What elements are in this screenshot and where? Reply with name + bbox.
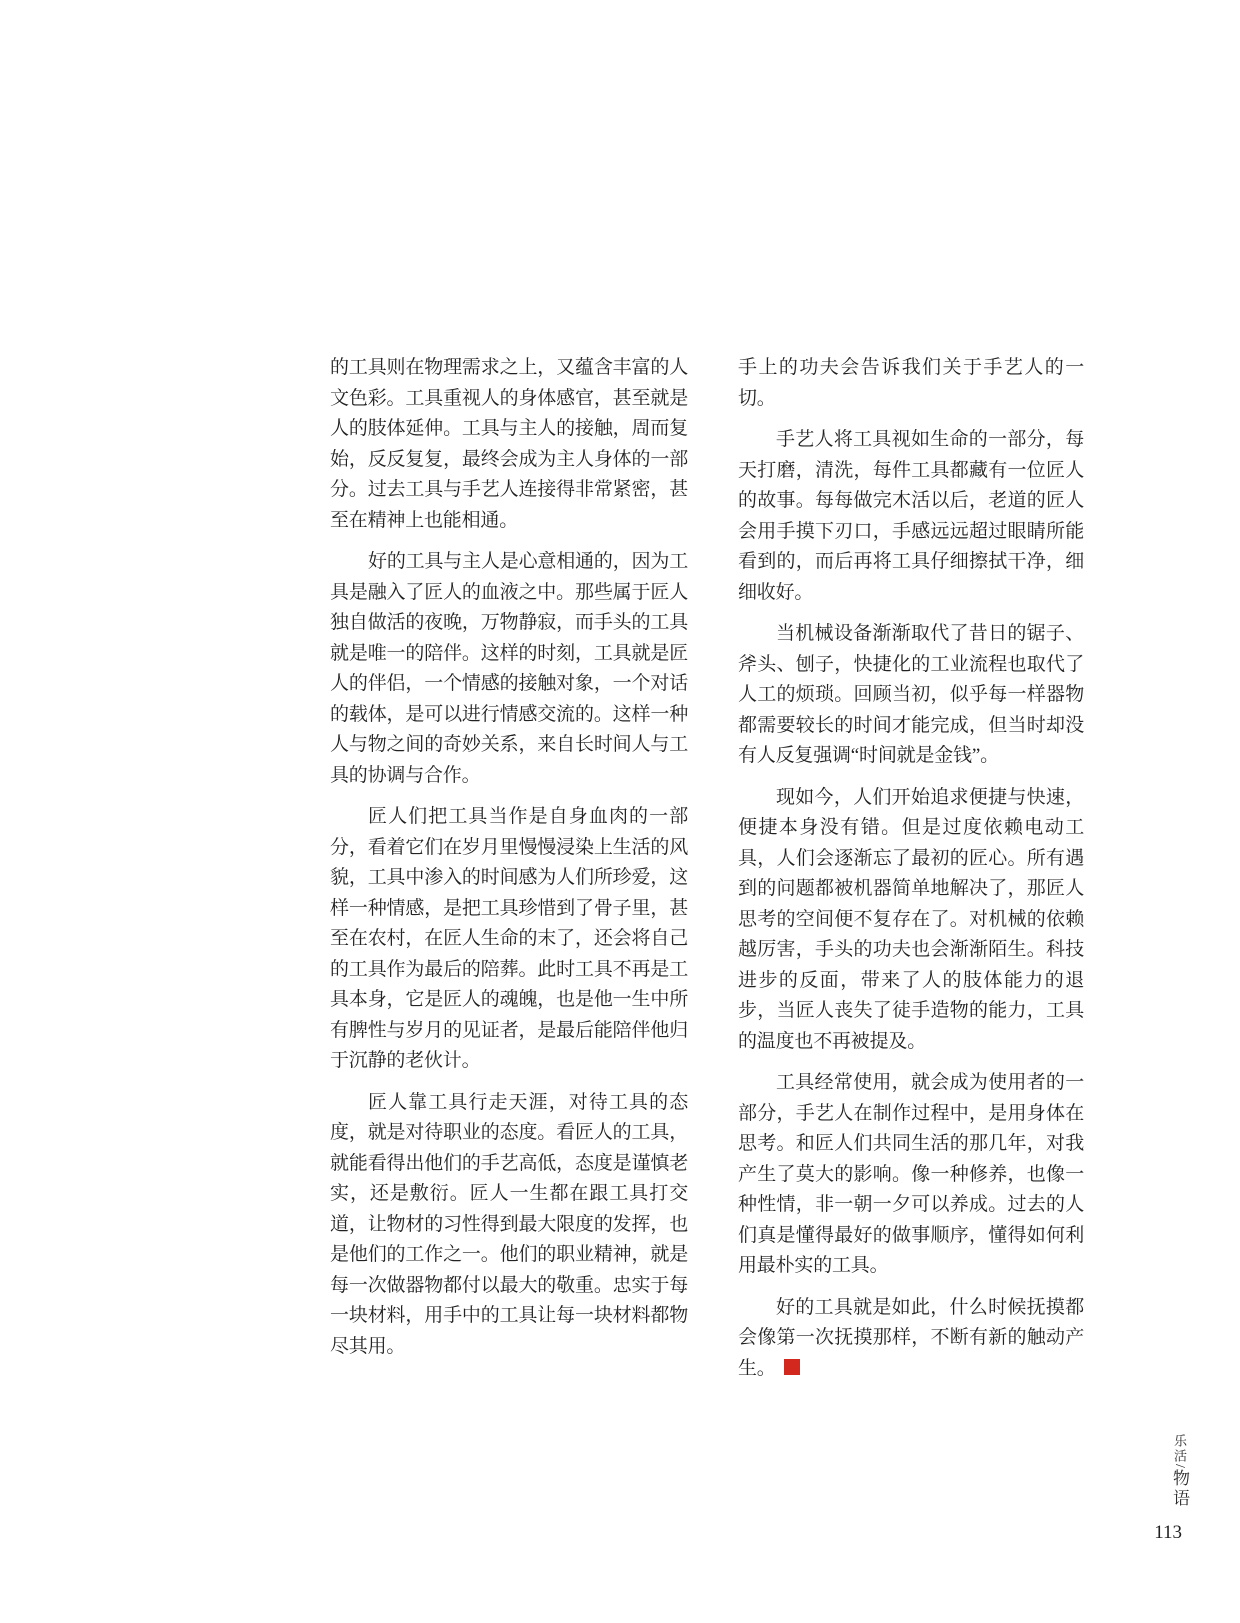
paragraph: 工具经常使用，就会成为使用者的一部分，手艺人在制作过程中，是用身体在思考。和匠人… [738, 1068, 1084, 1282]
paragraph-text: 现如今，人们开始追求便捷与快速，便捷本身没有错。但是过度依赖电动工具，人们会逐渐… [738, 787, 1084, 1052]
page-number: 113 [1154, 1522, 1182, 1544]
paragraph-text: 当机械设备渐渐取代了昔日的锯子、斧头、刨子，快捷化的工业流程也取代了人工的烦琐。… [738, 623, 1084, 766]
paragraph: 好的工具与主人是心意相通的，因为工具是融入了匠人的血液之中。那些属于匠人独自做活… [330, 547, 688, 791]
paragraph-text: 手艺人将工具视如生命的一部分，每天打磨，清洗，每件工具都藏有一位匠人的故事。每每… [738, 429, 1084, 603]
section-label-large: 物语 [1170, 1469, 1189, 1509]
magazine-page: 的工具则在物理需求之上，又蕴含丰富的人文色彩。工具重视人的身体感官，甚至就是人的… [0, 0, 1240, 1623]
paragraph: 匠人们把工具当作是自身血肉的一部分，看着它们在岁月里慢慢浸染上生活的风貌，工具中… [330, 802, 688, 1077]
paragraph: 手上的功夫会告诉我们关于手艺人的一切。 [738, 353, 1084, 414]
paragraph: 匠人靠工具行走天涯，对待工具的态度，就是对待职业的态度。看匠人的工具，就能看得出… [330, 1088, 688, 1363]
paragraph-text: 手上的功夫会告诉我们关于手艺人的一切。 [738, 357, 1084, 409]
article-end-square-icon [784, 1359, 800, 1375]
section-label: 乐活/物语 [1171, 1434, 1188, 1509]
paragraph-text: 工具经常使用，就会成为使用者的一部分，手艺人在制作过程中，是用身体在思考。和匠人… [738, 1072, 1084, 1276]
section-label-small: 乐活 [1172, 1434, 1187, 1464]
paragraph-text: 匠人靠工具行走天涯，对待工具的态度，就是对待职业的态度。看匠人的工具，就能看得出… [330, 1092, 688, 1357]
paragraph: 当机械设备渐渐取代了昔日的锯子、斧头、刨子，快捷化的工业流程也取代了人工的烦琐。… [738, 619, 1084, 772]
paragraph: 的工具则在物理需求之上，又蕴含丰富的人文色彩。工具重视人的身体感官，甚至就是人的… [330, 353, 688, 536]
left-text-column: 的工具则在物理需求之上，又蕴含丰富的人文色彩。工具重视人的身体感官，甚至就是人的… [330, 353, 688, 1362]
right-text-column: 手上的功夫会告诉我们关于手艺人的一切。 手艺人将工具视如生命的一部分，每天打磨，… [738, 353, 1084, 1384]
paragraph: 手艺人将工具视如生命的一部分，每天打磨，清洗，每件工具都藏有一位匠人的故事。每每… [738, 425, 1084, 608]
paragraph: 好的工具就是如此，什么时候抚摸都会像第一次抚摸那样，不断有新的触动产生。 [738, 1293, 1084, 1385]
paragraph: 现如今，人们开始追求便捷与快速，便捷本身没有错。但是过度依赖电动工具，人们会逐渐… [738, 783, 1084, 1058]
paragraph-text: 的工具则在物理需求之上，又蕴含丰富的人文色彩。工具重视人的身体感官，甚至就是人的… [330, 357, 688, 531]
paragraph-text: 匠人们把工具当作是自身血肉的一部分，看着它们在岁月里慢慢浸染上生活的风貌，工具中… [330, 806, 688, 1071]
paragraph-text: 好的工具与主人是心意相通的，因为工具是融入了匠人的血液之中。那些属于匠人独自做活… [330, 551, 688, 786]
